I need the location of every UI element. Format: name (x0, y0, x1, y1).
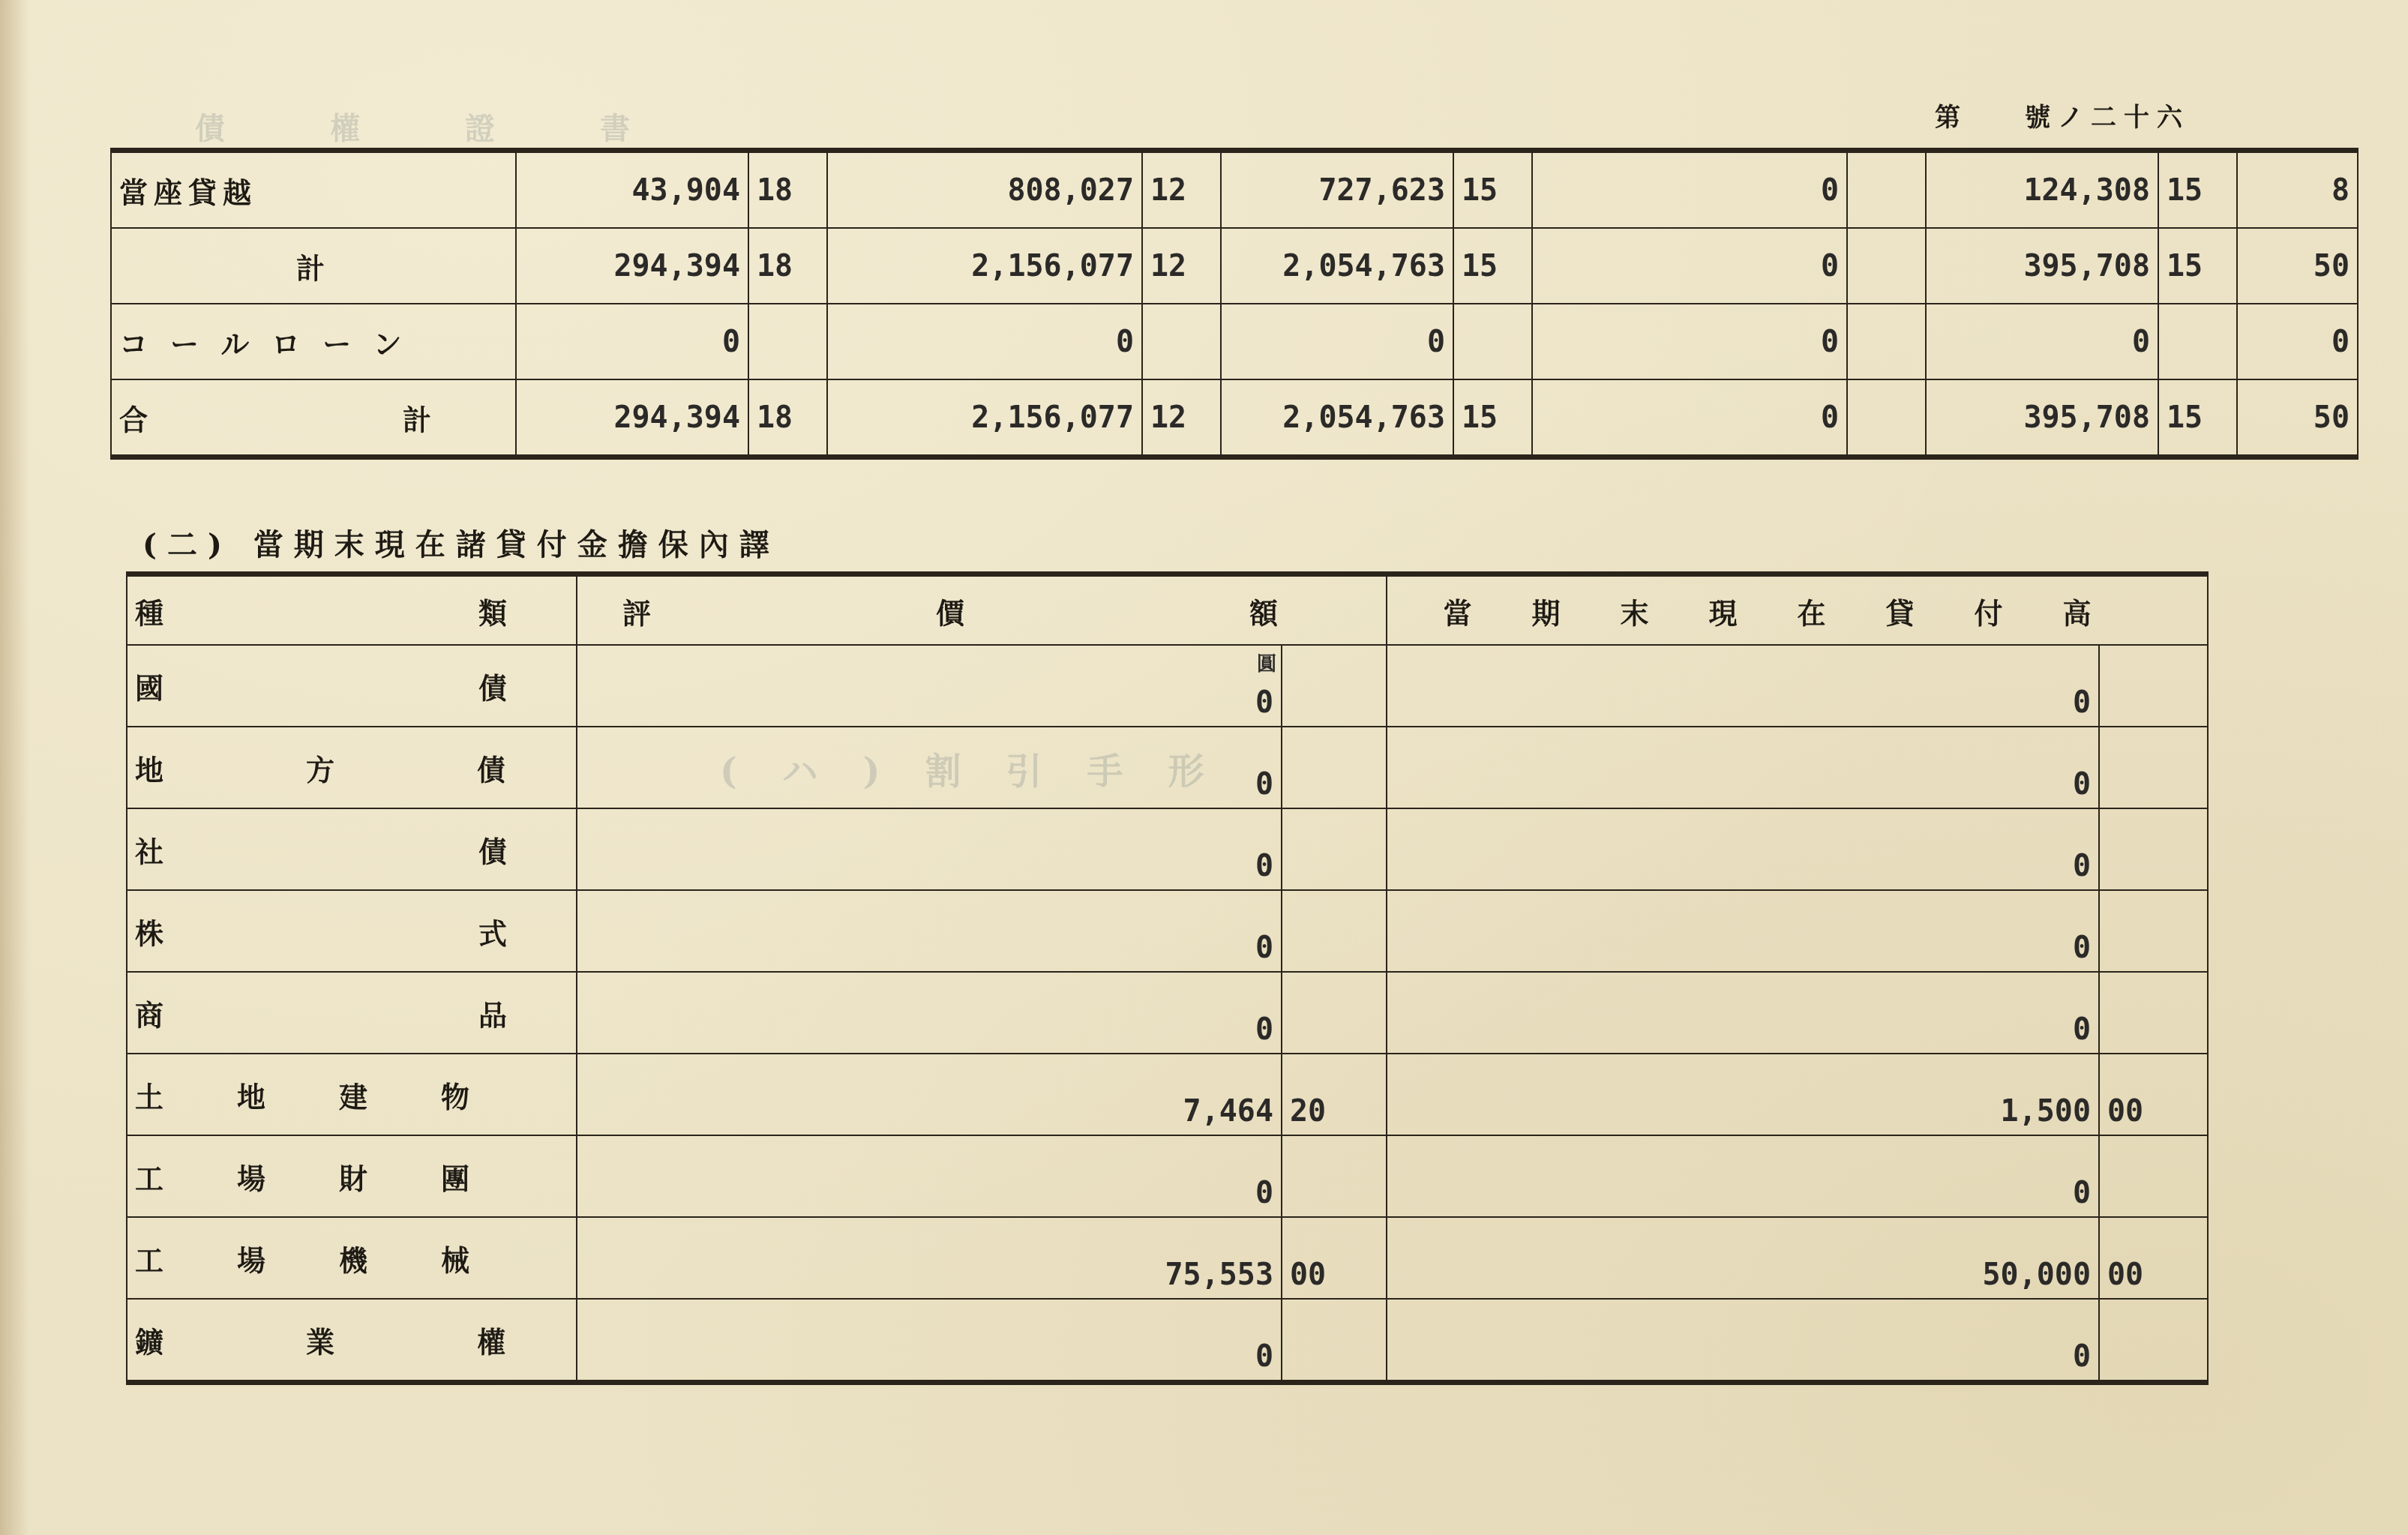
cell-fraction: 15 (2158, 151, 2237, 229)
cell-value: 2,156,077 (827, 228, 1142, 304)
cell-value: 124,308 (1926, 151, 2158, 229)
loan-fraction (2099, 727, 2208, 808)
cell-value: 0 (2237, 304, 2358, 379)
collateral-type: 商品 (127, 972, 577, 1054)
appraisal-value: 75,553 (577, 1217, 1282, 1299)
table-row: 地方債 0 0 (127, 727, 2208, 808)
cell-fraction: 18 (748, 379, 827, 457)
appraisal-fraction (1282, 1135, 1387, 1217)
appraisal-value: 圓0 (577, 645, 1282, 727)
table-row: 計 294,394 18 2,156,077 12 2,054,763 15 0… (111, 228, 2358, 304)
cell-value: 0 (1532, 304, 1847, 379)
cell-fraction (1847, 304, 1926, 379)
cell-value: 2,054,763 (1221, 228, 1453, 304)
loan-balance: 0 (1387, 1299, 2099, 1383)
table-row: 社債 0 0 (127, 808, 2208, 890)
appraisal-fraction (1282, 972, 1387, 1054)
cell-value: 0 (827, 304, 1142, 379)
appraisal-value: 0 (577, 1135, 1282, 1217)
row-label: コールローン (111, 304, 516, 379)
loan-balance: 0 (1387, 1135, 2099, 1217)
cell-value: 0 (1532, 151, 1847, 229)
loan-fraction: 00 (2099, 1054, 2208, 1135)
cell-fraction: 15 (2158, 228, 2237, 304)
loan-balance: 0 (1387, 808, 2099, 890)
appraisal-value: 0 (577, 808, 1282, 890)
appraisal-fraction (1282, 808, 1387, 890)
appraisal-fraction: 00 (1282, 1217, 1387, 1299)
table-row: 株式 0 0 (127, 890, 2208, 972)
loan-fraction (2099, 972, 2208, 1054)
table-row: コールローン 0 0 0 0 0 0 (111, 304, 2358, 379)
cell-value: 0 (1926, 304, 2158, 379)
loan-fraction (2099, 890, 2208, 972)
cell-fraction (2158, 304, 2237, 379)
appraisal-fraction (1282, 890, 1387, 972)
cell-value: 50 (2237, 228, 2358, 304)
collateral-type: 土地建物 (127, 1054, 577, 1135)
loan-fraction (2099, 808, 2208, 890)
loan-fraction (2099, 645, 2208, 727)
cell-fraction (748, 304, 827, 379)
table-row: 工場機械 75,553 00 50,000 00 (127, 1217, 2208, 1299)
collateral-type: 株式 (127, 890, 577, 972)
table-row: 商品 0 0 (127, 972, 2208, 1054)
cell-value: 43,904 (516, 151, 748, 229)
cell-fraction (1847, 228, 1926, 304)
appraisal-fraction (1282, 727, 1387, 808)
table-row: 工場財團 0 0 (127, 1135, 2208, 1217)
cell-fraction (1453, 304, 1532, 379)
header-suffix: 號ノ二十六 (2025, 97, 2190, 133)
cell-value: 0 (516, 304, 748, 379)
appraisal-value: 0 (577, 972, 1282, 1054)
cell-value: 294,394 (516, 228, 748, 304)
appraisal-value: 0 (577, 727, 1282, 808)
table-row: 合計 294,394 18 2,156,077 12 2,054,763 15 … (111, 379, 2358, 457)
cell-value: 727,623 (1221, 151, 1453, 229)
cell-value: 395,708 (1926, 379, 2158, 457)
collateral-type: 鑛業權 (127, 1299, 577, 1383)
collateral-type: 地方債 (127, 727, 577, 808)
appraisal-fraction (1282, 1299, 1387, 1383)
cell-value: 50 (2237, 379, 2358, 457)
cell-fraction: 18 (748, 228, 827, 304)
cell-fraction (1847, 151, 1926, 229)
cell-fraction: 12 (1142, 228, 1221, 304)
loan-balance: 0 (1387, 727, 2099, 808)
loan-summary-table: 當座貸越 43,904 18 808,027 12 727,623 15 0 1… (110, 148, 2359, 460)
page-number-header: 第 號ノ二十六 (1935, 96, 2190, 133)
table-row: 土地建物 7,464 20 1,500 00 (127, 1054, 2208, 1135)
cell-fraction: 12 (1142, 379, 1221, 457)
cell-value: 8 (2237, 151, 2358, 229)
table-row: 當座貸越 43,904 18 808,027 12 727,623 15 0 1… (111, 151, 2358, 229)
loan-balance: 50,000 (1387, 1217, 2099, 1299)
section-title: (二) 當期末現在諸貸付金擔保內譯 (142, 521, 780, 564)
cell-value: 0 (1221, 304, 1453, 379)
appraisal-value: 7,464 (577, 1054, 1282, 1135)
collateral-type: 工場機械 (127, 1217, 577, 1299)
loan-fraction: 00 (2099, 1217, 2208, 1299)
table-row: 國債 圓0 0 (127, 645, 2208, 727)
row-label: 當座貸越 (111, 151, 516, 229)
column-header-type: 種類 (127, 574, 577, 646)
cell-fraction: 15 (1453, 228, 1532, 304)
row-label: 計 (111, 228, 516, 304)
cell-value: 2,054,763 (1221, 379, 1453, 457)
page-edge-shadow (0, 0, 30, 1535)
loan-balance: 1,500 (1387, 1054, 2099, 1135)
collateral-type: 國債 (127, 645, 577, 727)
appraisal-value: 0 (577, 890, 1282, 972)
cell-fraction: 15 (1453, 151, 1532, 229)
appraisal-fraction (1282, 645, 1387, 727)
cell-fraction (1142, 304, 1221, 379)
collateral-breakdown-table: 種類 評價額 當期末現在貸付高 國債 圓0 0 地方債 0 0 社債 0 0 株 (126, 571, 2209, 1385)
cell-fraction: 18 (748, 151, 827, 229)
appraisal-fraction: 20 (1282, 1054, 1387, 1135)
cell-fraction: 15 (1453, 379, 1532, 457)
cell-fraction: 15 (2158, 379, 2237, 457)
cell-value: 0 (1532, 228, 1847, 304)
row-label: 合計 (111, 379, 516, 457)
cell-fraction: 12 (1142, 151, 1221, 229)
cell-value: 395,708 (1926, 228, 2158, 304)
table-header-row: 種類 評價額 當期末現在貸付高 (127, 574, 2208, 646)
loan-fraction (2099, 1299, 2208, 1383)
cell-value: 2,156,077 (827, 379, 1142, 457)
header-prefix: 第 (1935, 97, 1968, 133)
loan-fraction (2099, 1135, 2208, 1217)
loan-balance: 0 (1387, 972, 2099, 1054)
column-header-loan-balance: 當期末現在貸付高 (1387, 574, 2208, 646)
loan-balance: 0 (1387, 645, 2099, 727)
yen-unit: 圓 (1257, 649, 1276, 676)
bleed-through-text: 債權證書 (195, 105, 735, 148)
collateral-type: 工場財團 (127, 1135, 577, 1217)
cell-value: 0 (1532, 379, 1847, 457)
cell-fraction (1847, 379, 1926, 457)
appraisal-value: 0 (577, 1299, 1282, 1383)
loan-balance: 0 (1387, 890, 2099, 972)
column-header-appraisal: 評價額 (577, 574, 1387, 646)
cell-value: 808,027 (827, 151, 1142, 229)
table-row: 鑛業權 0 0 (127, 1299, 2208, 1383)
collateral-type: 社債 (127, 808, 577, 890)
cell-value: 294,394 (516, 379, 748, 457)
